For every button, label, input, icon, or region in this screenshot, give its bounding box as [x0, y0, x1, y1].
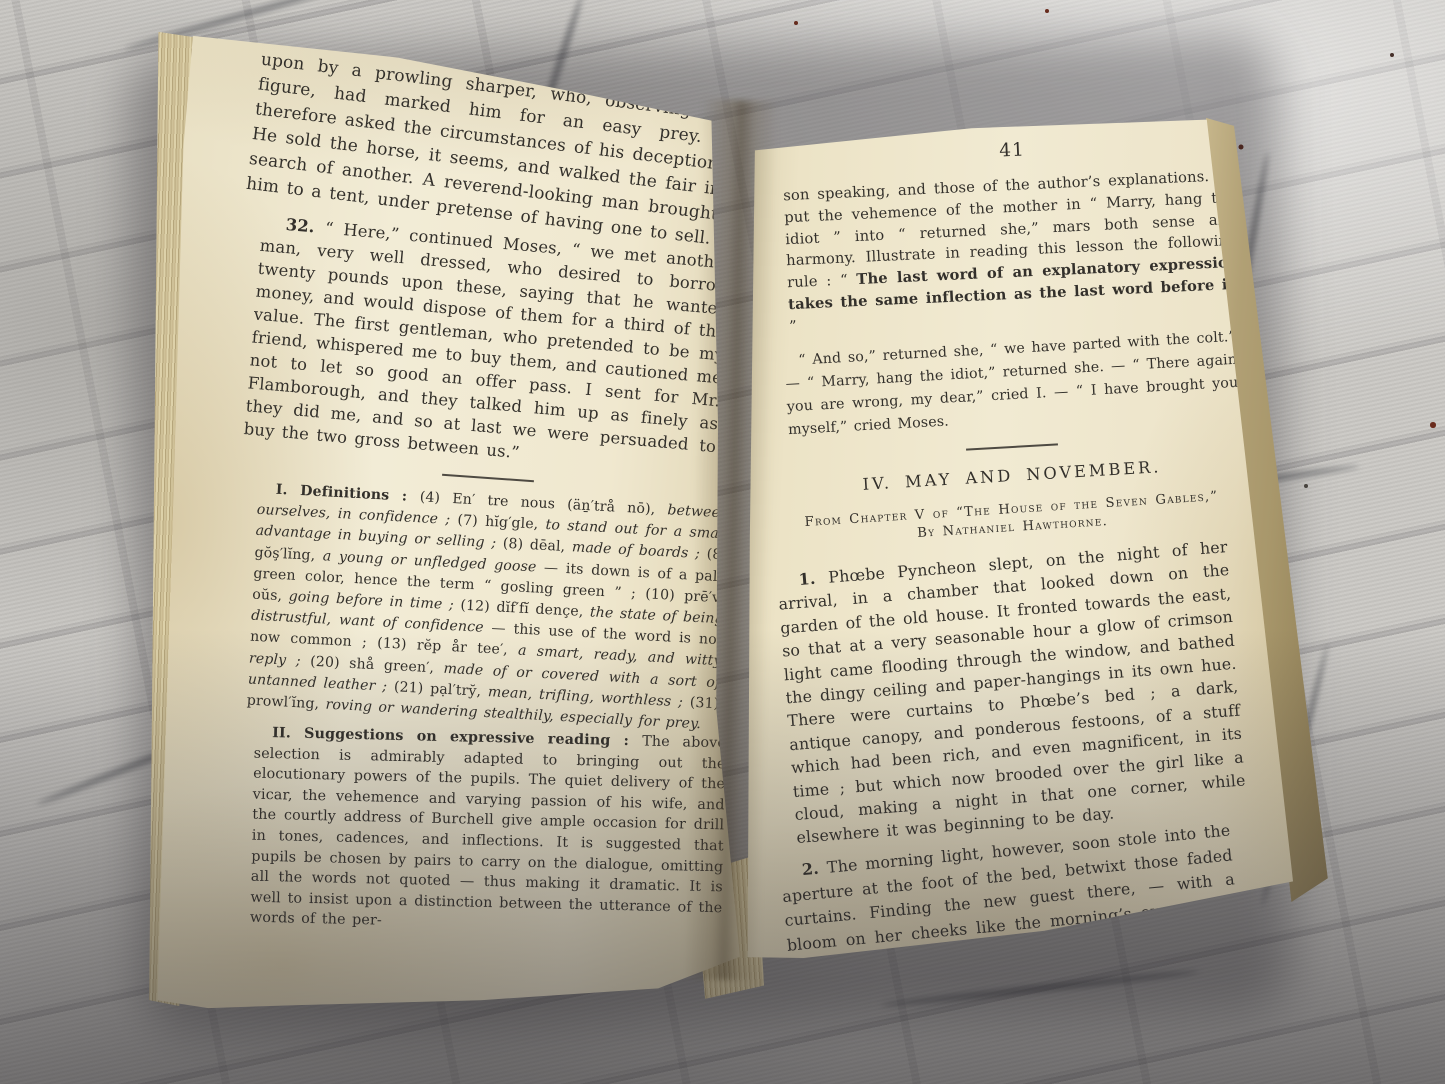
wall-shadow-overlay — [0, 0, 1445, 1084]
